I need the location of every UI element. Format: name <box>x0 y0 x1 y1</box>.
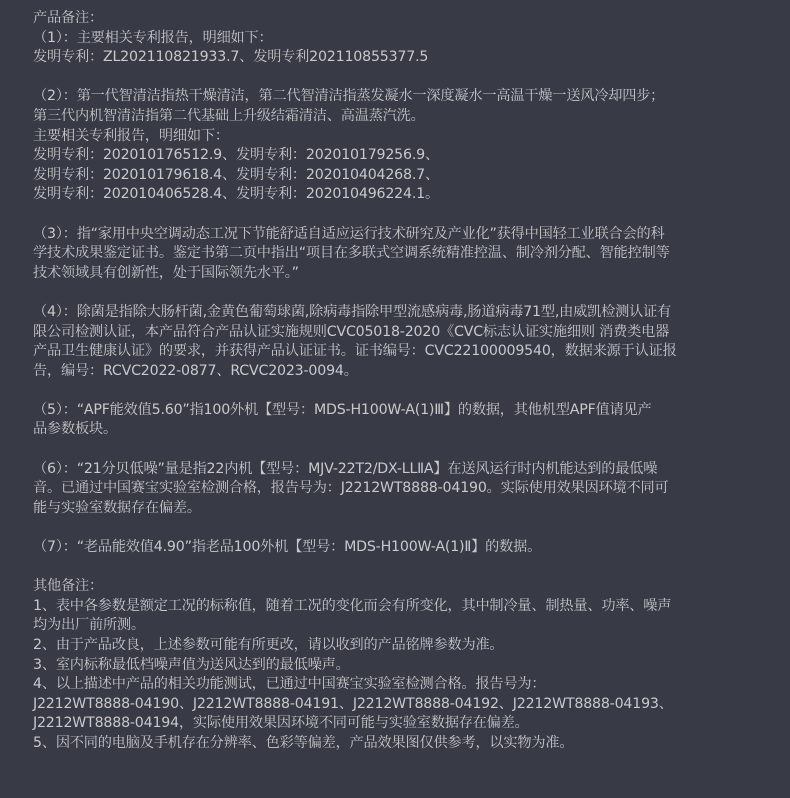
note-4: （4）：除菌是指除大肠杆菌,金黄色葡萄球菌,除病毒指除甲型流感病毒,肠道病毒71… <box>33 303 783 381</box>
note-line: 能与实验室数据存在偏差。 <box>33 499 783 519</box>
notes-title: 产品备注： <box>33 9 783 29</box>
other-note-line: 5、因不同的电脑及手机存在分辨率、色彩等偏差，产品效果图仅供参考，以实物为准。 <box>33 734 783 754</box>
note-line: 告，编号：RCVC2022-0877、RCVC2023-0094。 <box>33 362 783 382</box>
note-7: （7）：“老品能效值4.90”指老品100外机【型号：MDS-H100W-A(1… <box>33 538 783 558</box>
other-note-line: 2、由于产品改良，上述参数可能有所更改，请以收到的产品铭牌参数为准。 <box>33 636 783 656</box>
note-line: 限公司检测认证，本产品符合产品认证实施规则CVC05018-2020《CVC标志… <box>33 323 783 343</box>
note-line: 发明专利：ZL202110821933.7、发明专利202110855377.5 <box>33 48 783 68</box>
note-line: 发明专利：202010179618.4、发明专利：202010404268.7、 <box>33 166 783 186</box>
note-line: （6）：“21分贝低噪”量是指22内机【型号：MJV-22T2/DX-LLⅡA】… <box>33 460 783 480</box>
other-note-line: 1、表中各参数是额定工况的标称值，随着工况的变化而会有所变化，其中制冷量、制热量… <box>33 597 783 617</box>
product-notes-document: 产品备注： （1）：主要相关专利报告，明细如下： 发明专利：ZL20211082… <box>33 9 783 754</box>
note-line: （3）：指“家用中央空调动态工况下节能舒适自适应运行技术研究及产业化”获得中国轻… <box>33 225 783 245</box>
other-note-line: J2212WT8888-04194，实际使用效果因环境不同可能与实验室数据存在偏… <box>33 714 783 734</box>
note-line: （5）：“APF能效值5.60”指100外机【型号：MDS-H100W-A(1)… <box>33 401 783 421</box>
spacer <box>33 518 783 538</box>
other-notes: 其他备注： 1、表中各参数是额定工况的标称值，随着工况的变化而会有所变化，其中制… <box>33 577 783 753</box>
note-1: （1）：主要相关专利报告，明细如下： 发明专利：ZL202110821933.7… <box>33 29 783 68</box>
note-line: 发明专利：202010406528.4、发明专利：202010496224.1。 <box>33 185 783 205</box>
note-line: 发明专利：202010176512.9、发明专利：202010179256.9、 <box>33 146 783 166</box>
note-line: 技术领域具有创新性，处于国际领先水平。” <box>33 264 783 284</box>
spacer <box>33 283 783 303</box>
spacer <box>33 381 783 401</box>
other-note-line: 4、以上描述中产品的相关功能测试，已通过中国赛宝实验室检测合格。报告号为： <box>33 675 783 695</box>
note-2: （2）：第一代智清洁指热干燥清洁，第二代智清洁指蒸发凝水一深度凝水一高温干燥一送… <box>33 87 783 205</box>
note-line: 产品卫生健康认证》的要求，并获得产品认证证书。证书编号：CVC221000095… <box>33 342 783 362</box>
note-6: （6）：“21分贝低噪”量是指22内机【型号：MJV-22T2/DX-LLⅡA】… <box>33 460 783 519</box>
note-5: （5）：“APF能效值5.60”指100外机【型号：MDS-H100W-A(1)… <box>33 401 783 440</box>
spacer <box>33 558 783 578</box>
note-line: 品参数板块。 <box>33 420 783 440</box>
note-line: 主要相关专利报告，明细如下： <box>33 127 783 147</box>
spacer <box>33 205 783 225</box>
note-line: （7）：“老品能效值4.90”指老品100外机【型号：MDS-H100W-A(1… <box>33 538 783 558</box>
other-note-line: 均为出厂前所测。 <box>33 616 783 636</box>
note-3: （3）：指“家用中央空调动态工况下节能舒适自适应运行技术研究及产业化”获得中国轻… <box>33 225 783 284</box>
note-line: 音。已通过中国赛宝实验室检测合格，报告号为：J2212WT8888-04190。… <box>33 479 783 499</box>
other-note-line: 3、室内标称最低档噪声值为送风达到的最低噪声。 <box>33 656 783 676</box>
other-note-line: J2212WT8888-04190、J2212WT8888-04191、J221… <box>33 695 783 715</box>
note-line: （1）：主要相关专利报告，明细如下： <box>33 29 783 49</box>
spacer <box>33 68 783 88</box>
note-line: 学技术成果鉴定证书。鉴定书第二页中指出“项目在多联式空调系统精准控温、制冷剂分配… <box>33 244 783 264</box>
spacer <box>33 440 783 460</box>
note-line: （2）：第一代智清洁指热干燥清洁，第二代智清洁指蒸发凝水一深度凝水一高温干燥一送… <box>33 87 783 107</box>
other-notes-title: 其他备注： <box>33 577 783 597</box>
note-line: 第三代内机智清洁指第二代基础上升级结霜清洁、高温蒸汽洗。 <box>33 107 783 127</box>
note-line: （4）：除菌是指除大肠杆菌,金黄色葡萄球菌,除病毒指除甲型流感病毒,肠道病毒71… <box>33 303 783 323</box>
